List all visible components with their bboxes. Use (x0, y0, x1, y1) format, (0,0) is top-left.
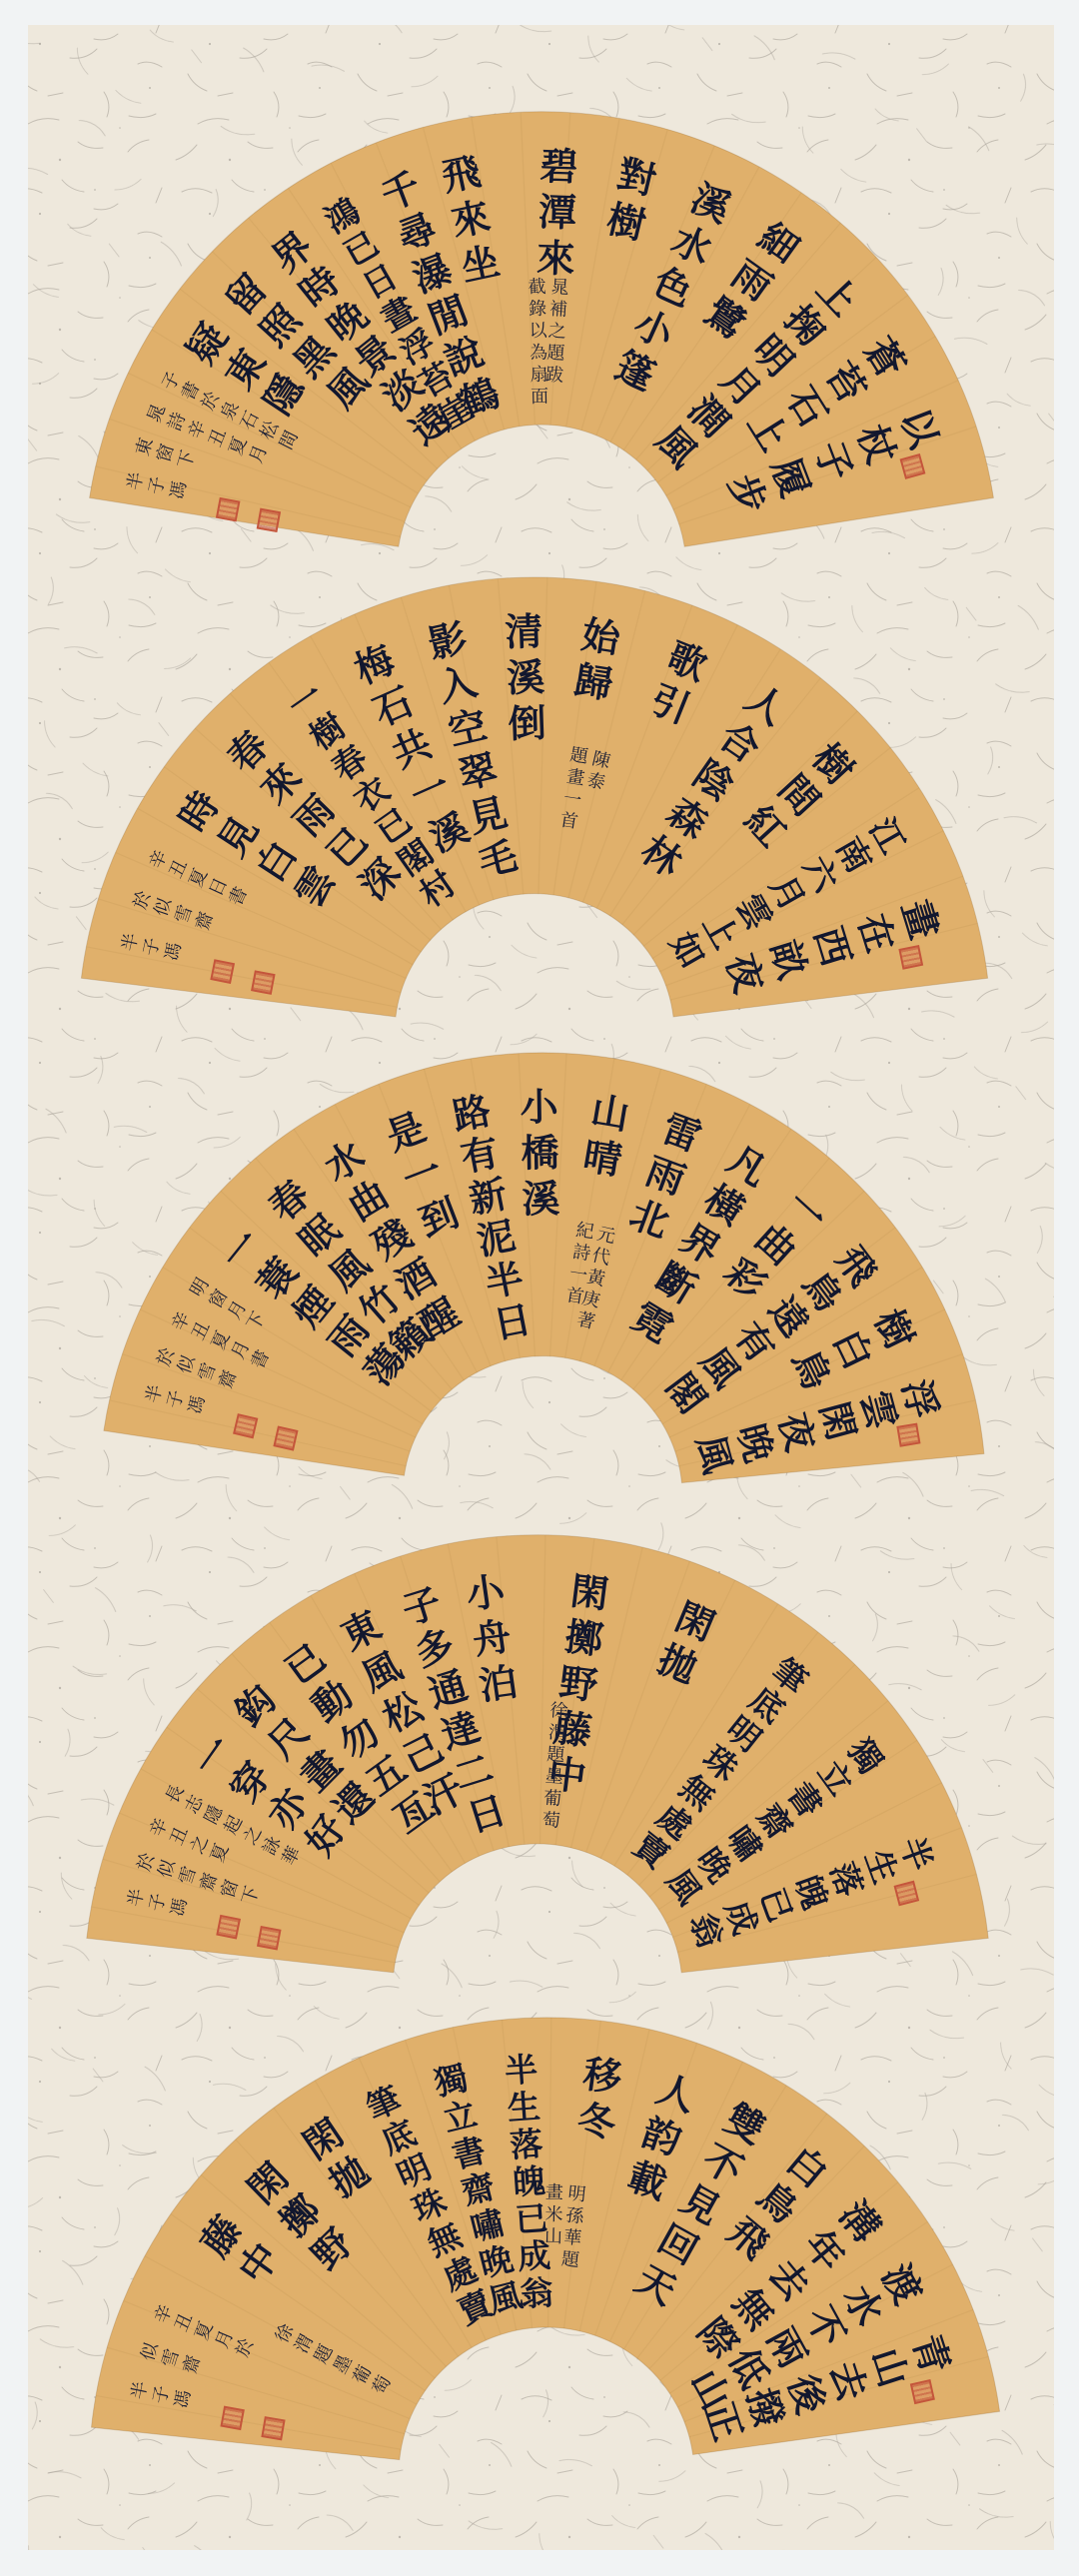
leading-seal-icon (896, 1423, 920, 1447)
name-seal-icon (220, 2406, 244, 2430)
poem-column: 碧潭來 (533, 146, 575, 285)
name-seal-icon (210, 959, 235, 984)
title-column: 截錄以為扇面 (526, 277, 546, 409)
leading-seal-icon (898, 945, 923, 970)
poem-column: 移冬 (570, 2053, 620, 2148)
leading-seal-icon (910, 2379, 935, 2404)
name-seal-icon (216, 497, 241, 522)
poem-column: 清溪倒 (501, 611, 543, 750)
studio-seal-icon (257, 508, 281, 532)
name-seal-icon (216, 1915, 241, 1940)
studio-seal-icon (251, 970, 276, 995)
studio-seal-icon (257, 1926, 282, 1951)
poem-column: 小橋溪 (517, 1087, 556, 1226)
studio-seal-icon (261, 2416, 285, 2440)
studio-seal-icon (273, 1426, 298, 1451)
